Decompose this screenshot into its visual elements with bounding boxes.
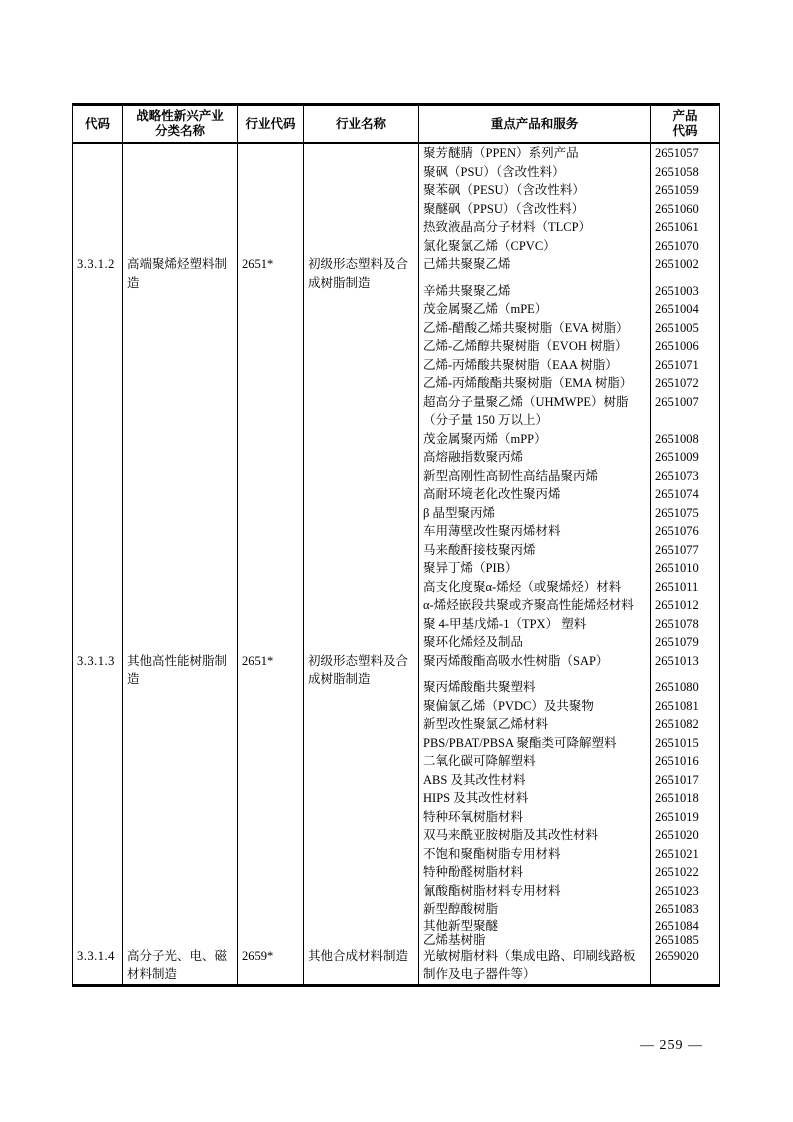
column-header-product-code: 产品 代码 <box>651 105 720 144</box>
group-name-cell <box>123 143 238 255</box>
product-name-cell: 热致液晶高分子材料（TLCP） <box>419 218 651 237</box>
product-name-cell: 辛烯共聚聚乙烯 <box>419 274 651 301</box>
industry-code-cell: 2651* <box>238 652 304 947</box>
product-code-cell: 2651077 <box>651 541 720 560</box>
product-code-cell: 2651006 <box>651 337 720 356</box>
table-row: 3.3.1.2高端聚烯烃塑料制造2651*初级形态塑料及合成树脂制造己烯共聚聚乙… <box>73 255 720 274</box>
industry-name-cell <box>304 143 419 255</box>
product-code-cell: 2651022 <box>651 863 720 882</box>
product-code-cell: 2651058 <box>651 163 720 182</box>
product-code-cell: 2651005 <box>651 319 720 338</box>
group-name-cell: 高分子光、电、磁材料制造 <box>123 947 238 986</box>
product-code-cell: 2651085 <box>651 933 720 947</box>
table-body: 聚芳醚腈（PPEN）系列产品2651057聚砜（PSU）（含改性料）265105… <box>73 143 720 985</box>
group-code-cell: 3.3.1.2 <box>73 255 123 652</box>
product-code-cell: 2651076 <box>651 522 720 541</box>
product-code-cell: 2651081 <box>651 697 720 716</box>
product-name-cell: HIPS 及其改性材料 <box>419 789 651 808</box>
product-code-cell: 2651082 <box>651 715 720 734</box>
industry-name-cell: 初级形态塑料及合成树脂制造 <box>304 652 419 947</box>
product-code-cell: 2651060 <box>651 200 720 219</box>
product-code-cell: 2651080 <box>651 670 720 697</box>
product-name-cell: 其他新型聚醚 <box>419 919 651 933</box>
product-name-cell: 超高分子量聚乙烯（UHMWPE）树脂（分子量 150 万以上） <box>419 393 651 430</box>
column-header-products: 重点产品和服务 <box>419 105 651 144</box>
industry-code-cell: 2651* <box>238 255 304 652</box>
product-code-cell: 2651003 <box>651 274 720 301</box>
product-name-cell: 聚苯砜（PESU）（含改性料） <box>419 181 651 200</box>
product-name-cell: 马来酸酐接枝聚丙烯 <box>419 541 651 560</box>
product-code-cell: 2651059 <box>651 181 720 200</box>
product-name-cell: 光敏树脂材料（集成电路、印刷线路板制作及电子器件等） <box>419 947 651 986</box>
product-name-cell: 乙烯基树脂 <box>419 933 651 947</box>
product-name-cell: 茂金属聚乙烯（mPE） <box>419 300 651 319</box>
product-code-cell: 2651007 <box>651 393 720 430</box>
table-header-row: 代码 战略性新兴产业 分类名称 行业代码 行业名称 重点产品和服务 产品 代码 <box>73 105 720 144</box>
product-code-cell: 2651012 <box>651 596 720 615</box>
table-row: 聚芳醚腈（PPEN）系列产品2651057 <box>73 143 720 163</box>
product-name-cell: 特种环氧树脂材料 <box>419 808 651 827</box>
product-code-cell: 2651021 <box>651 845 720 864</box>
industry-code-cell <box>238 143 304 255</box>
product-name-cell: 乙烯-醋酸乙烯共聚树脂（EVA 树脂） <box>419 319 651 338</box>
product-name-cell: 聚偏氯乙烯（PVDC）及共聚物 <box>419 697 651 716</box>
product-name-cell: α-烯烃嵌段共聚或齐聚高性能烯烃材料 <box>419 596 651 615</box>
product-name-cell: 特种酚醛树脂材料 <box>419 863 651 882</box>
product-name-cell: 二氧化碳可降解塑料 <box>419 752 651 771</box>
group-code-cell: 3.3.1.3 <box>73 652 123 947</box>
column-header-code: 代码 <box>73 105 123 144</box>
product-name-cell: 车用薄壁改性聚丙烯材料 <box>419 522 651 541</box>
page-number: — 259 — <box>640 1038 703 1054</box>
product-name-cell: 高熔融指数聚丙烯 <box>419 448 651 467</box>
product-code-cell: 2651079 <box>651 633 720 652</box>
product-code-cell: 2651083 <box>651 900 720 919</box>
product-name-cell: 不饱和聚酯树脂专用材料 <box>419 845 651 864</box>
product-code-cell: 2651084 <box>651 919 720 933</box>
product-name-cell: 聚醚砜（PPSU）（含改性料） <box>419 200 651 219</box>
product-code-cell: 2651016 <box>651 752 720 771</box>
product-name-cell: β 晶型聚丙烯 <box>419 504 651 523</box>
product-name-cell: 双马来酰亚胺树脂及其改性材料 <box>419 826 651 845</box>
product-code-cell: 2651011 <box>651 578 720 597</box>
product-name-cell: 高耐环境老化改性聚丙烯 <box>419 485 651 504</box>
product-code-cell: 2651010 <box>651 559 720 578</box>
product-code-cell: 2659020 <box>651 947 720 986</box>
product-name-cell: 聚丙烯酸酯共聚塑料 <box>419 670 651 697</box>
group-name-cell: 高端聚烯烃塑料制造 <box>123 255 238 652</box>
product-name-cell: 乙烯-丙烯酸共聚树脂（EAA 树脂） <box>419 356 651 375</box>
product-name-cell: PBS/PBAT/PBSA 聚酯类可降解塑料 <box>419 734 651 753</box>
column-header-industry-code: 行业代码 <box>238 105 304 144</box>
product-name-cell: 乙烯-丙烯酸酯共聚树脂（EMA 树脂） <box>419 374 651 393</box>
product-name-cell: ABS 及其改性材料 <box>419 771 651 790</box>
product-code-cell: 2651017 <box>651 771 720 790</box>
column-header-industry-name: 行业名称 <box>304 105 419 144</box>
industry-name-cell: 初级形态塑料及合成树脂制造 <box>304 255 419 652</box>
industry-name-cell: 其他合成材料制造 <box>304 947 419 986</box>
document-page: 代码 战略性新兴产业 分类名称 行业代码 行业名称 重点产品和服务 产品 代码 … <box>0 0 793 1122</box>
product-code-cell: 2651078 <box>651 615 720 634</box>
product-name-cell: 聚砜（PSU）（含改性料） <box>419 163 651 182</box>
product-name-cell: 氰酸酯树脂材料专用材料 <box>419 882 651 901</box>
product-name-cell: 己烯共聚聚乙烯 <box>419 255 651 274</box>
product-name-cell: 聚芳醚腈（PPEN）系列产品 <box>419 143 651 163</box>
column-header-category-name: 战略性新兴产业 分类名称 <box>123 105 238 144</box>
product-code-cell: 2651008 <box>651 430 720 449</box>
product-name-cell: 聚环化烯烃及制品 <box>419 633 651 652</box>
product-name-cell: 茂金属聚丙烯（mPP） <box>419 430 651 449</box>
group-name-cell: 其他高性能树脂制造 <box>123 652 238 947</box>
product-name-cell: 乙烯-乙烯醇共聚树脂（EVOH 树脂） <box>419 337 651 356</box>
product-code-cell: 2651009 <box>651 448 720 467</box>
group-code-cell <box>73 143 123 255</box>
table-row: 3.3.1.3其他高性能树脂制造2651*初级形态塑料及合成树脂制造聚丙烯酸酯高… <box>73 652 720 671</box>
product-code-cell: 2651002 <box>651 255 720 274</box>
product-code-cell: 2651073 <box>651 467 720 486</box>
product-code-cell: 2651004 <box>651 300 720 319</box>
product-code-cell: 2651072 <box>651 374 720 393</box>
product-code-cell: 2651057 <box>651 143 720 163</box>
product-name-cell: 新型改性聚氯乙烯材料 <box>419 715 651 734</box>
product-code-cell: 2651074 <box>651 485 720 504</box>
industry-code-cell: 2659* <box>238 947 304 986</box>
table-row: 3.3.1.4高分子光、电、磁材料制造2659*其他合成材料制造光敏树脂材料（集… <box>73 947 720 986</box>
product-code-cell: 2651023 <box>651 882 720 901</box>
product-name-cell: 聚丙烯酸酯高吸水性树脂（SAP） <box>419 652 651 671</box>
product-name-cell: 聚异丁烯（PIB） <box>419 559 651 578</box>
product-code-cell: 2651013 <box>651 652 720 671</box>
product-code-cell: 2651070 <box>651 237 720 256</box>
product-name-cell: 新型醇酸树脂 <box>419 900 651 919</box>
product-code-cell: 2651018 <box>651 789 720 808</box>
group-code-cell: 3.3.1.4 <box>73 947 123 986</box>
product-code-cell: 2651071 <box>651 356 720 375</box>
classification-table: 代码 战略性新兴产业 分类名称 行业代码 行业名称 重点产品和服务 产品 代码 … <box>72 103 720 987</box>
product-name-cell: 新型高刚性高韧性高结晶聚丙烯 <box>419 467 651 486</box>
product-name-cell: 氯化聚氯乙烯（CPVC） <box>419 237 651 256</box>
product-code-cell: 2651019 <box>651 808 720 827</box>
product-code-cell: 2651020 <box>651 826 720 845</box>
product-name-cell: 聚 4-甲基戊烯-1（TPX） 塑料 <box>419 615 651 634</box>
product-code-cell: 2651061 <box>651 218 720 237</box>
product-code-cell: 2651015 <box>651 734 720 753</box>
product-code-cell: 2651075 <box>651 504 720 523</box>
product-name-cell: 高支化度聚α-烯烃（或聚烯烃）材料 <box>419 578 651 597</box>
